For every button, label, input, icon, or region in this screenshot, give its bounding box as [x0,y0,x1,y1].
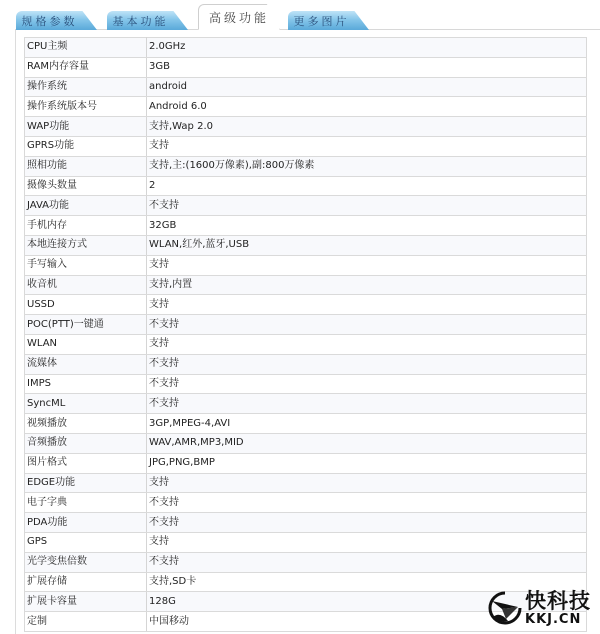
spec-label: PDA功能 [25,513,147,533]
spec-value: 不支持 [147,394,587,414]
table-row: IMPS不支持 [25,374,587,394]
spec-label: GPS [25,532,147,552]
watermark-en: KKJ.CN [525,613,591,626]
table-row: 手机内存32GB [25,216,587,236]
spec-label: 收音机 [25,275,147,295]
spec-label: 操作系统 [25,77,147,97]
spec-value: 支持 [147,532,587,552]
table-row: GPRS功能支持 [25,136,587,156]
table-row: WLAN支持 [25,334,587,354]
page: 规格参数 基本功能 高级功能 更多图片 CPU主频2.0GHz RAM内存容量3… [0,0,600,634]
spec-value: WAV,AMR,MP3,MID [147,433,587,453]
table-row: JAVA功能不支持 [25,196,587,216]
watermark-cn: 快科技 [525,591,591,612]
spec-value: 2 [147,176,587,196]
spec-label: 扩展存储 [25,572,147,592]
spec-label: 图片格式 [25,453,147,473]
spec-label: CPU主频 [25,38,147,58]
spec-value: JPG,PNG,BMP [147,453,587,473]
table-row: USSD支持 [25,295,587,315]
spec-value: 不支持 [147,315,587,335]
spec-value: 3GP,MPEG-4,AVI [147,414,587,434]
tab-label: 规格参数 [22,13,78,29]
table-row: 视频播放3GP,MPEG-4,AVI [25,414,587,434]
spec-value: 支持,主:(1600万像素),副:800万像素 [147,156,587,176]
spec-label: 照相功能 [25,156,147,176]
spec-value: 支持 [147,334,587,354]
spec-value: 不支持 [147,552,587,572]
watermark: 快科技 KKJ.CN [488,585,600,631]
spec-label: USSD [25,295,147,315]
spec-label: 定制 [25,612,147,632]
spec-value: 支持 [147,255,587,275]
spec-value: 2.0GHz [147,38,587,58]
tab-specs[interactable]: 规格参数 [16,11,97,30]
spec-value: Android 6.0 [147,97,587,117]
table-row: 图片格式JPG,PNG,BMP [25,453,587,473]
table-row: POC(PTT)一键通不支持 [25,315,587,335]
tab-label: 更多图片 [294,13,350,29]
spec-value: WLAN,红外,蓝牙,USB [147,235,587,255]
spec-value: 不支持 [147,513,587,533]
table-row: 电子字典不支持 [25,493,587,513]
spec-value: 不支持 [147,374,587,394]
spec-label: IMPS [25,374,147,394]
spec-label: JAVA功能 [25,196,147,216]
table-row: 流媒体不支持 [25,354,587,374]
spec-value: android [147,77,587,97]
table-row: WAP功能支持,Wap 2.0 [25,117,587,137]
spec-value: 支持 [147,136,587,156]
spec-label: EDGE功能 [25,473,147,493]
spec-value: 不支持 [147,354,587,374]
spec-label: WLAN [25,334,147,354]
spec-value: 3GB [147,57,587,77]
spec-label: 流媒体 [25,354,147,374]
table-row: 摄像头数量2 [25,176,587,196]
spec-label: POC(PTT)一键通 [25,315,147,335]
table-row: 照相功能支持,主:(1600万像素),副:800万像素 [25,156,587,176]
table-row: 本地连接方式WLAN,红外,蓝牙,USB [25,235,587,255]
table-row: 收音机支持,内置 [25,275,587,295]
spec-value: 支持,Wap 2.0 [147,117,587,137]
tab-label: 基本功能 [113,13,169,29]
spec-label: 手写输入 [25,255,147,275]
watermark-text: 快科技 KKJ.CN [525,591,591,626]
spec-label: RAM内存容量 [25,57,147,77]
table-row: RAM内存容量3GB [25,57,587,77]
spec-label: GPRS功能 [25,136,147,156]
table-row: CPU主频2.0GHz [25,38,587,58]
paper-plane-logo-icon [488,591,522,625]
spec-value: 32GB [147,216,587,236]
table-row: PDA功能不支持 [25,513,587,533]
spec-table: CPU主频2.0GHz RAM内存容量3GB 操作系统android 操作系统版… [24,37,587,632]
table-row: 操作系统版本号Android 6.0 [25,97,587,117]
tab-label: 高级功能 [209,9,269,26]
table-row: 音频播放WAV,AMR,MP3,MID [25,433,587,453]
table-row: SyncML不支持 [25,394,587,414]
table-row: 操作系统android [25,77,587,97]
spec-label: 操作系统版本号 [25,97,147,117]
spec-value: 支持 [147,473,587,493]
spec-label: 手机内存 [25,216,147,236]
table-row: EDGE功能支持 [25,473,587,493]
tab-basic-features[interactable]: 基本功能 [107,11,188,30]
spec-value: 不支持 [147,493,587,513]
tab-more-images[interactable]: 更多图片 [288,11,369,30]
spec-value: 支持,内置 [147,275,587,295]
spec-label: 扩展卡容量 [25,592,147,612]
spec-label: 光学变焦倍数 [25,552,147,572]
spec-label: SyncML [25,394,147,414]
spec-value: 支持 [147,295,587,315]
tab-advanced-features[interactable]: 高级功能 [198,4,280,30]
spec-label: 电子字典 [25,493,147,513]
spec-label: 本地连接方式 [25,235,147,255]
table-row: GPS支持 [25,532,587,552]
spec-label: 音频播放 [25,433,147,453]
spec-label: 视频播放 [25,414,147,434]
tab-bar: 规格参数 基本功能 高级功能 更多图片 [0,0,600,30]
spec-value: 不支持 [147,196,587,216]
table-row: 光学变焦倍数不支持 [25,552,587,572]
spec-label: WAP功能 [25,117,147,137]
table-row: 手写输入支持 [25,255,587,275]
spec-label: 摄像头数量 [25,176,147,196]
